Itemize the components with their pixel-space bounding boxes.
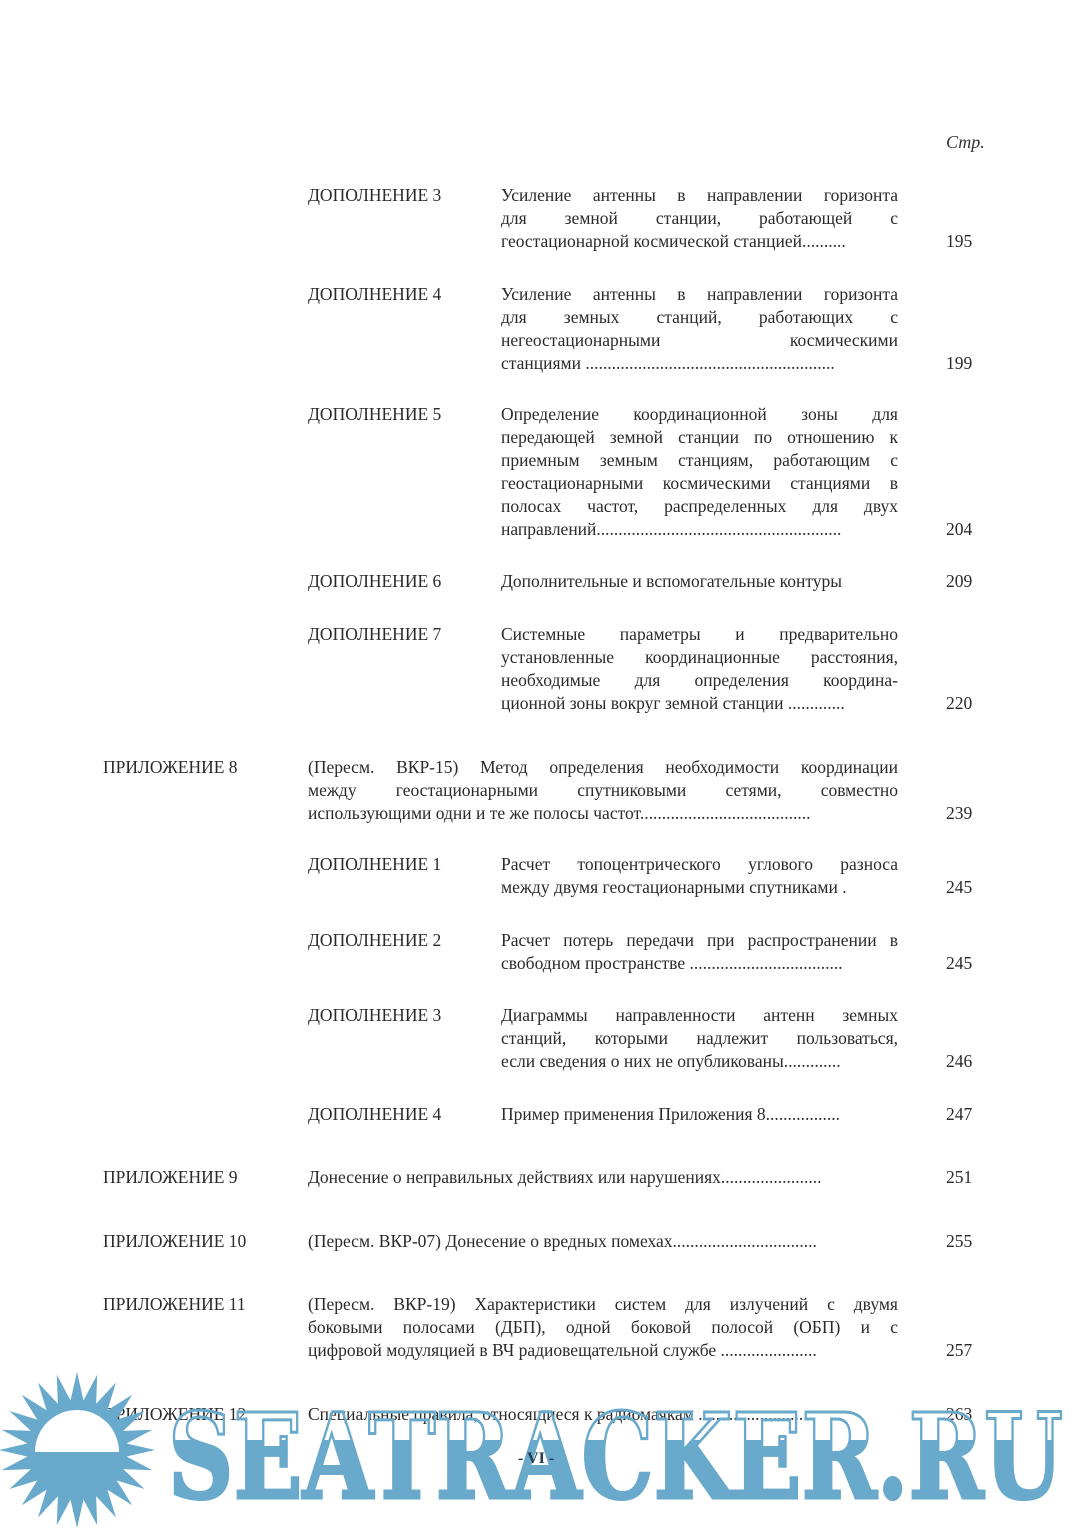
- supplement-label: ДОПОЛНЕНИЕ 3: [308, 184, 441, 207]
- page-ref: 209: [946, 570, 972, 593]
- entry-title-line: боковыми полосами (ДБП), одной боковой п…: [308, 1316, 898, 1339]
- sun-logo-icon: [0, 1372, 155, 1528]
- annex-label: ПРИЛОЖЕНИЕ 12: [103, 1403, 246, 1426]
- entry-title-line: Дополнительные и вспомогательные контуры: [501, 570, 898, 593]
- annex-label: ПРИЛОЖЕНИЕ 11: [103, 1293, 246, 1316]
- page-ref: 204: [946, 518, 972, 541]
- entry-title-line: Расчет топоцентрического углового разнос…: [501, 853, 898, 876]
- entry-title-line: между двумя геостационарными спутниками …: [501, 876, 898, 899]
- entry-title-line: приемным земным станциям, работающим с: [501, 449, 898, 472]
- supplement-label: ДОПОЛНЕНИЕ 7: [308, 623, 441, 646]
- entry-title-line: свободном пространстве .................…: [501, 952, 898, 975]
- page-ref: 255: [946, 1230, 972, 1253]
- supplement-label: ДОПОЛНЕНИЕ 4: [308, 1103, 441, 1126]
- annex-label: ПРИЛОЖЕНИЕ 9: [103, 1166, 238, 1189]
- entry-title-line: для земных станций, работающих с: [501, 306, 898, 329]
- entry-title-line: Системные параметры и предварительно: [501, 623, 898, 646]
- page-ref: 195: [946, 230, 972, 253]
- entry-title-line: между геостационарными спутниковыми сетя…: [308, 779, 898, 802]
- entry-title-line: геостационарной космической станцией....…: [501, 230, 898, 253]
- entry-title-line: Усиление антенны в направлении горизонта: [501, 184, 898, 207]
- page-ref: 247: [946, 1103, 972, 1126]
- entry-title-line: Расчет потерь передачи при распространен…: [501, 929, 898, 952]
- entry-title-line: негеостационарными космическими: [501, 329, 898, 352]
- entry-title-line: полосах частот, распределенных для двух: [501, 495, 898, 518]
- page-ref: 245: [946, 952, 972, 975]
- entry-title-line: Усиление антенны в направлении горизонта: [501, 283, 898, 306]
- page-ref: 220: [946, 692, 972, 715]
- page-number: - VI -: [518, 1450, 554, 1468]
- entry-title-line: если сведения о них не опубликованы.....…: [501, 1050, 898, 1073]
- entry-title-line: передающей земной станции по отношению к: [501, 426, 898, 449]
- entry-title-line: Пример применения Приложения 8..........…: [501, 1103, 898, 1126]
- page-ref: 199: [946, 352, 972, 375]
- entry-title-line: Определение координационной зоны для: [501, 403, 898, 426]
- entry-title-line: геостационарными космическими станциями …: [501, 472, 898, 495]
- supplement-label: ДОПОЛНЕНИЕ 2: [308, 929, 441, 952]
- supplement-label: ДОПОЛНЕНИЕ 6: [308, 570, 441, 593]
- supplement-label: ДОПОЛНЕНИЕ 3: [308, 1004, 441, 1027]
- entry-title-line: (Пересм. ВКР-19) Характеристики систем д…: [308, 1293, 898, 1316]
- document-page: Стр. ДОПОЛНЕНИЕ 3Усиление антенны в напр…: [0, 0, 1080, 1530]
- supplement-label: ДОПОЛНЕНИЕ 1: [308, 853, 441, 876]
- entry-title-line: (Пересм. ВКР-15) Метод определения необх…: [308, 756, 898, 779]
- entry-title-line: ционной зоны вокруг земной станции .....…: [501, 692, 898, 715]
- entry-title-line: установленные координационные расстояния…: [501, 646, 898, 669]
- page-ref: 263: [946, 1403, 972, 1426]
- entry-title-line: необходимые для определения координа-: [501, 669, 898, 692]
- page-ref: 239: [946, 802, 972, 825]
- entry-title-line: станциями ..............................…: [501, 352, 898, 375]
- entry-title-line: (Пересм. ВКР-07) Донесение о вредных пом…: [308, 1230, 898, 1253]
- entry-title-line: Донесение о неправильных действиях или н…: [308, 1166, 898, 1189]
- annex-label: ПРИЛОЖЕНИЕ 10: [103, 1230, 246, 1253]
- entry-title-line: направлений.............................…: [501, 518, 898, 541]
- entry-title-line: цифровой модуляцией в ВЧ радиовещательно…: [308, 1339, 898, 1362]
- entry-title-line: для земной станции, работающей с: [501, 207, 898, 230]
- entry-title-line: станций, которыми надлежит пользоваться,: [501, 1027, 898, 1050]
- supplement-label: ДОПОЛНЕНИЕ 4: [308, 283, 441, 306]
- supplement-label: ДОПОЛНЕНИЕ 5: [308, 403, 441, 426]
- entry-title-line: использующими одни и те же полосы частот…: [308, 802, 898, 825]
- page-ref: 257: [946, 1339, 972, 1362]
- entry-title-line: Специальные правила, относящиеся к радио…: [308, 1403, 898, 1426]
- entry-title-line: Диаграммы направленности антенн земных: [501, 1004, 898, 1027]
- page-ref: 245: [946, 876, 972, 899]
- annex-label: ПРИЛОЖЕНИЕ 8: [103, 756, 238, 779]
- page-ref: 251: [946, 1166, 972, 1189]
- page-ref: 246: [946, 1050, 972, 1073]
- page-column-header: Стр.: [946, 132, 985, 153]
